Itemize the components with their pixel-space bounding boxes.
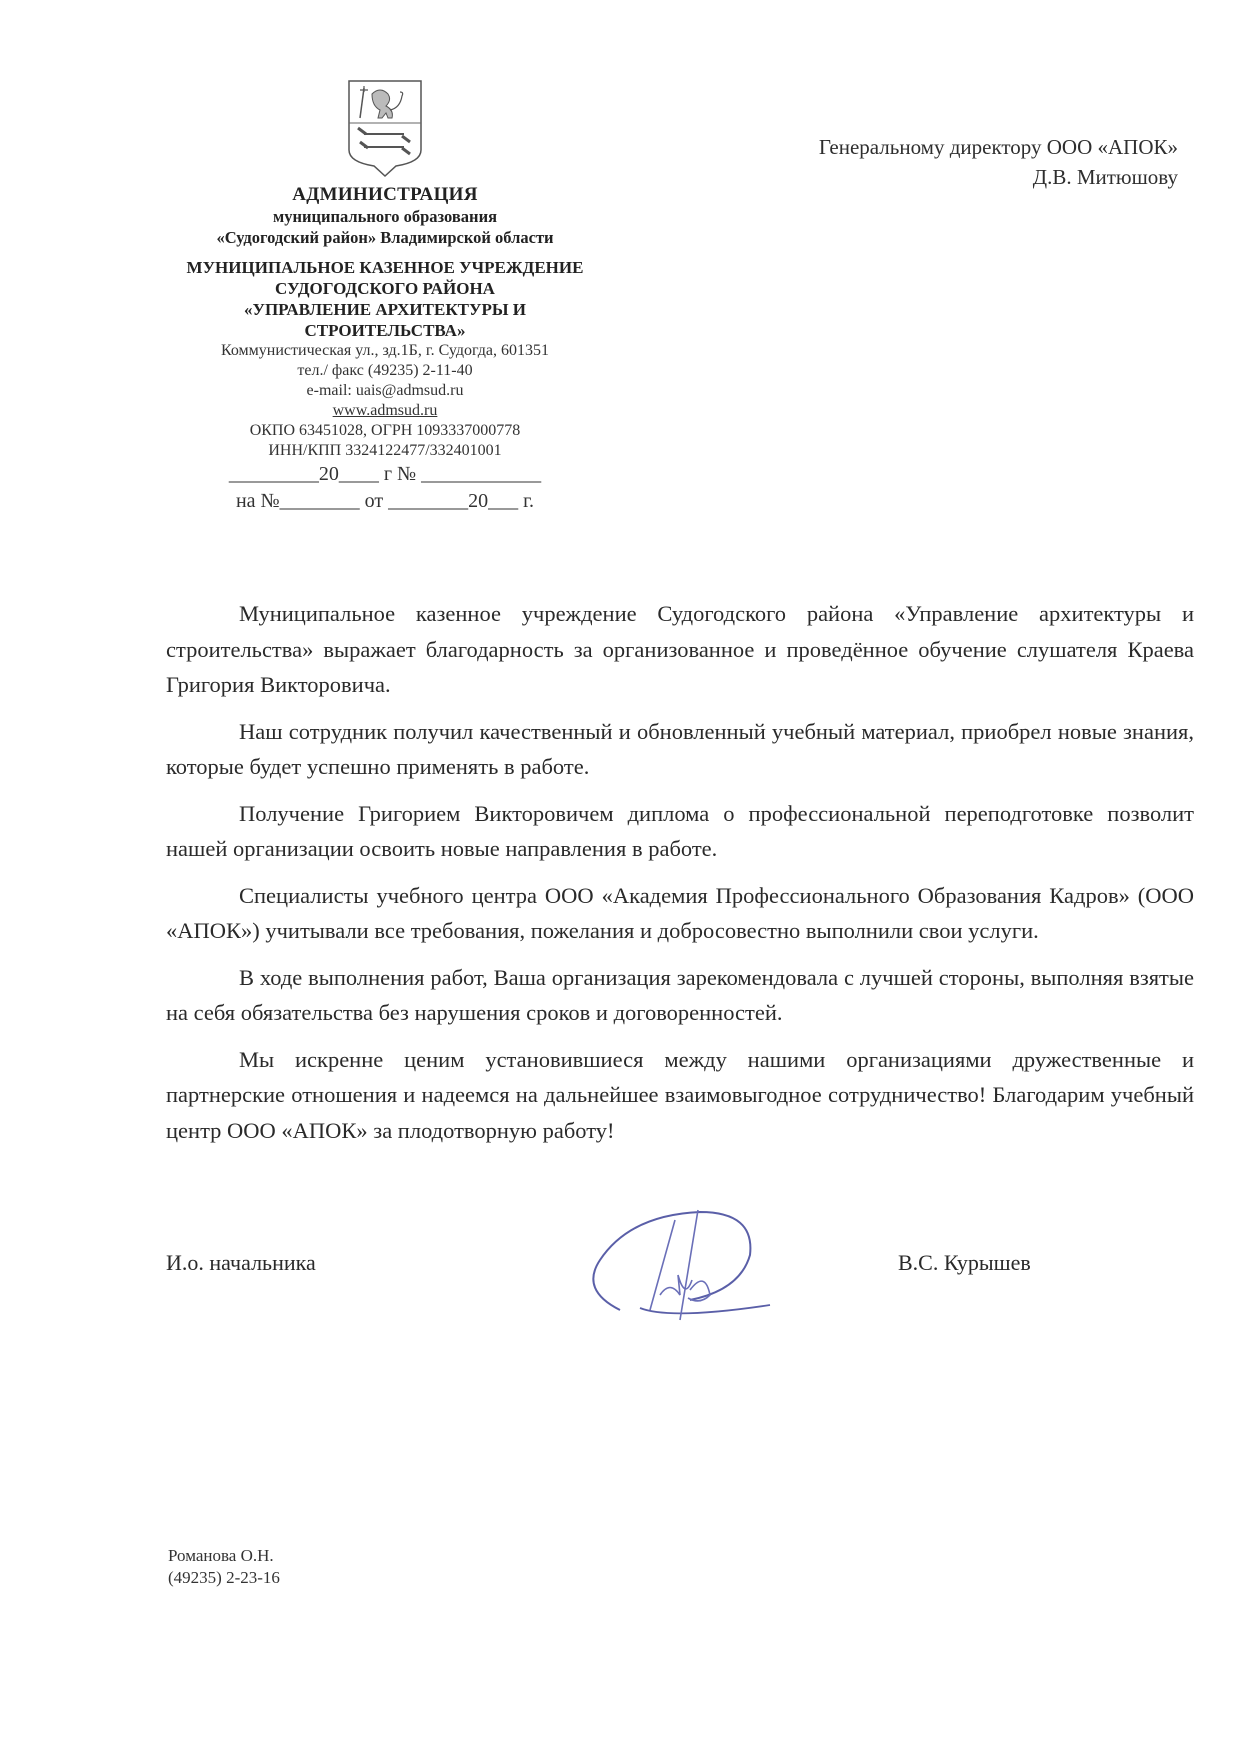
addressee-position: Генеральному директору ООО «АПОК» xyxy=(819,132,1178,162)
org-name-line-3: «УПРАВЛЕНИЕ АРХИТЕКТУРЫ И xyxy=(150,299,620,320)
coat-of-arms-icon xyxy=(346,78,424,178)
org-name-line-4: СТРОИТЕЛЬСТВА» xyxy=(150,320,620,341)
admin-subtitle-1: муниципального образования xyxy=(150,206,620,227)
org-name-line-2: СУДОГОДСКОГО РАЙОНА xyxy=(150,278,620,299)
signatory-title: И.о. начальника xyxy=(166,1250,316,1276)
org-name-line-1: МУНИЦИПАЛЬНОЕ КАЗЕННОЕ УЧРЕЖДЕНИЕ xyxy=(150,257,620,278)
admin-title: АДМИНИСТРАЦИЯ xyxy=(150,184,620,206)
body-paragraph: Наш сотрудник получил качественный и обн… xyxy=(166,714,1194,785)
org-email: e-mail: uais@admsud.ru xyxy=(150,381,620,401)
admin-subtitle-2: «Судогодский район» Владимирской области xyxy=(150,227,620,248)
org-address: Коммунистическая ул., зд.1Б, г. Судогда,… xyxy=(150,341,620,361)
org-phone: тел./ факс (49235) 2-11-40 xyxy=(150,361,620,381)
handwritten-signature-icon xyxy=(580,1200,780,1330)
body-paragraph: Муниципальное казенное учреждение Судого… xyxy=(166,596,1194,703)
body-paragraph: Получение Григорием Викторовичем диплома… xyxy=(166,796,1194,867)
outgoing-number: _________20____ г № ____________ xyxy=(150,461,620,488)
reference-number: на №________ от ________20___ г. xyxy=(150,488,620,515)
executor-phone: (49235) 2-23-16 xyxy=(168,1567,280,1589)
addressee: Генеральному директору ООО «АПОК» Д.В. М… xyxy=(819,132,1178,192)
body-paragraph: В ходе выполнения работ, Ваша организаци… xyxy=(166,960,1194,1031)
signatory-name: В.С. Курышев xyxy=(898,1250,1031,1276)
addressee-name: Д.В. Митюшову xyxy=(819,162,1178,192)
org-okpo-ogrn: ОКПО 63451028, ОГРН 1093337000778 xyxy=(150,421,620,441)
executor-info: Романова О.Н. (49235) 2-23-16 xyxy=(168,1545,280,1589)
letter-body: Муниципальное казенное учреждение Судого… xyxy=(166,596,1194,1159)
executor-name: Романова О.Н. xyxy=(168,1545,280,1567)
body-paragraph: Мы искренне ценим установившиеся между н… xyxy=(166,1042,1194,1149)
letterhead: АДМИНИСТРАЦИЯ муниципального образования… xyxy=(150,78,620,515)
registration-number-line: _________20____ г № ____________ на №___… xyxy=(150,461,620,515)
body-paragraph: Специалисты учебного центра ООО «Академи… xyxy=(166,878,1194,949)
org-inn-kpp: ИНН/КПП 3324122477/332401001 xyxy=(150,441,620,461)
org-website-link[interactable]: www.admsud.ru xyxy=(150,401,620,421)
org-name: МУНИЦИПАЛЬНОЕ КАЗЕННОЕ УЧРЕЖДЕНИЕ СУДОГО… xyxy=(150,257,620,341)
